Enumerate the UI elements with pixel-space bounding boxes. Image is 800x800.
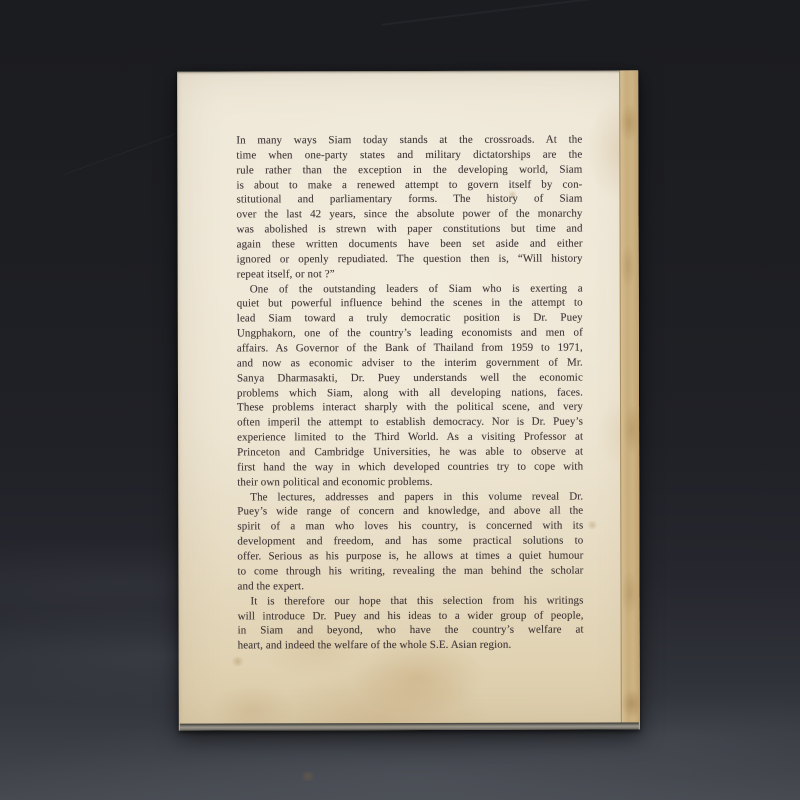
blurb-line: was abolished is strewn with paper const… [237, 222, 583, 238]
blurb-line: and the expert. [237, 578, 583, 594]
blurb-line: first hand the way in which developed co… [237, 459, 583, 475]
blurb-paragraph: It is therefore our hope that this selec… [238, 593, 584, 653]
book-back-cover: In many ways Siam today stands at the cr… [177, 70, 640, 730]
blurb-line: is about to make a renewed attempt to go… [236, 177, 582, 193]
blurb-line: Princeton and Cambridge Universities, he… [237, 445, 583, 461]
blurb-line: offer. Serious as his purpose is, he all… [237, 549, 583, 565]
blurb-paragraph: In many ways Siam today stands at the cr… [236, 133, 582, 282]
blurb-line: The lectures, addresses and papers in th… [237, 489, 583, 505]
blurb-line: and now as economic adviser to the inter… [237, 355, 583, 371]
blurb-line: over the last 42 years, since the absolu… [236, 207, 582, 223]
blurb-paragraph: One of the outstanding leaders of Siam w… [237, 281, 584, 490]
blurb-line: often imperil the attempt to establish d… [237, 415, 583, 431]
scratch-mark [64, 126, 196, 175]
page-block-bottom-edge [180, 722, 639, 730]
blurb-line: to come through his writing, revealing t… [237, 563, 583, 579]
blurb-line: Puey’s wide range of concern and knowled… [237, 504, 583, 520]
blurb-line: One of the outstanding leaders of Siam w… [237, 281, 583, 297]
blurb-line: spirit of a man who loves his country, i… [237, 519, 583, 535]
cover-top-edge [177, 70, 638, 74]
blurb-line: It is therefore our hope that this selec… [238, 593, 584, 609]
blurb-line: again these written documents have been … [237, 237, 583, 253]
blurb-line: problems which Siam, along with all deve… [237, 385, 583, 401]
blurb-line: will introduce Dr. Puey and his ideas to… [238, 608, 584, 624]
blurb-line: Sanya Dharmasakti, Dr. Puey understands … [237, 370, 583, 386]
scratch-mark [381, 0, 639, 26]
book-photo: In many ways Siam today stands at the cr… [0, 0, 800, 800]
blurb-line: in Siam and beyond, who have the country… [238, 623, 584, 639]
foxing-spot [299, 771, 317, 781]
blurb-line: their own political and economic problem… [237, 474, 583, 490]
blurb-line: rule rather than the exception in the de… [236, 162, 582, 178]
blurb-line: affairs. As Governor of the Bank of Thai… [237, 341, 583, 357]
back-cover-blurb: In many ways Siam today stands at the cr… [236, 133, 583, 654]
blurb-line: These problems interact sharply with the… [237, 400, 583, 416]
blurb-line: stitutional and parliamentary forms. The… [236, 192, 582, 208]
blurb-line: development and freedom, and has some pr… [237, 534, 583, 550]
foxing-spot [586, 521, 598, 530]
blurb-line: ignored or openly repudiated. The questi… [237, 251, 583, 267]
blurb-line: heart, and indeed the welfare of the who… [238, 638, 584, 654]
blurb-paragraph: The lectures, addresses and papers in th… [237, 489, 583, 594]
blurb-line: lead Siam toward a truly democratic posi… [237, 311, 583, 327]
blurb-line: experience limited to the Third World. A… [237, 430, 583, 446]
blurb-line: repeat itself, or not ?” [237, 266, 583, 282]
page-edge-strip [619, 70, 640, 723]
blurb-line: Ungphakorn, one of the country’s leading… [237, 326, 583, 342]
blurb-line: time when one-party states and military … [236, 147, 582, 163]
blurb-line: quiet but powerful influence behind the … [237, 296, 583, 312]
blurb-line: In many ways Siam today stands at the cr… [236, 133, 582, 149]
foxing-spot [231, 656, 245, 666]
